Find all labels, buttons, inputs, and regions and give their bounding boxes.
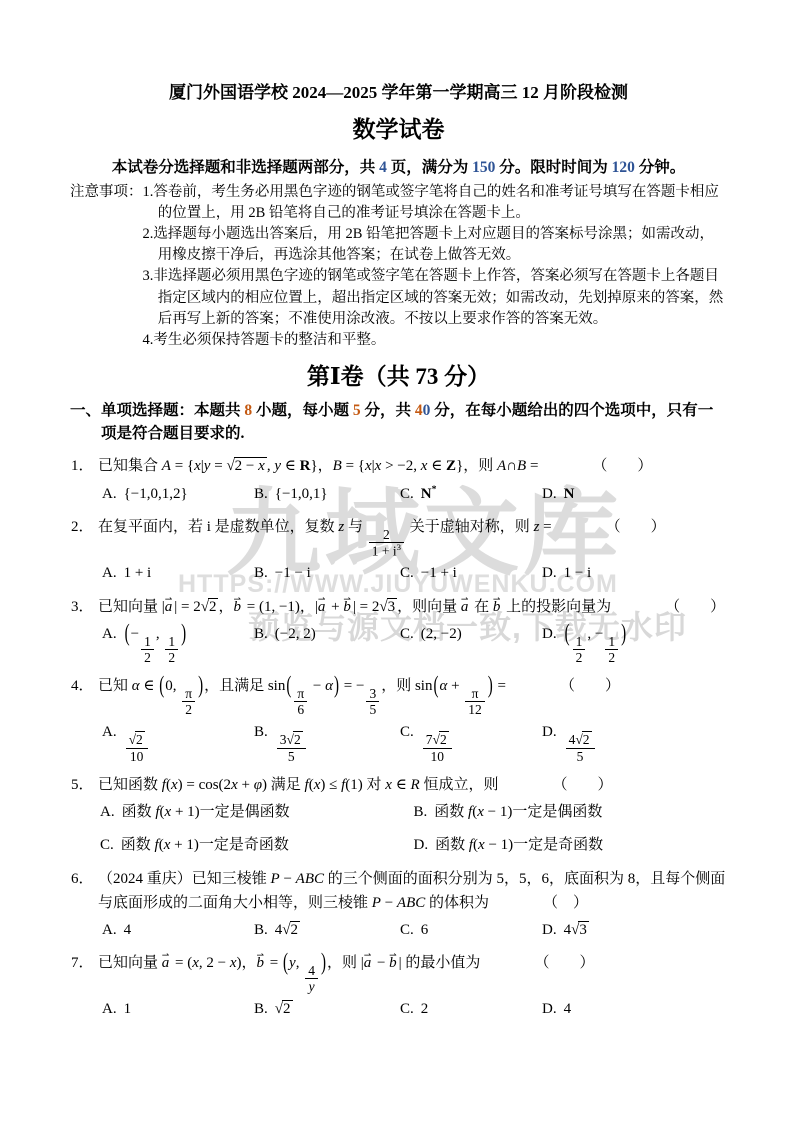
- vector-symbol: a: [461, 599, 469, 615]
- math-run: A: [497, 458, 506, 474]
- math-run: R: [411, 777, 420, 793]
- math-run: }，: [310, 458, 332, 474]
- math-run: 分钟。: [635, 159, 685, 176]
- math-run: −: [280, 871, 296, 887]
- option-value: (−2, 2): [275, 626, 316, 642]
- math-run: − 1)一定是奇函数: [485, 837, 603, 853]
- math-run: 函数: [121, 837, 155, 853]
- option-label: B.: [254, 565, 268, 581]
- math-run: (−2, 2): [275, 626, 316, 642]
- paper-title: 数学试卷: [70, 116, 727, 144]
- question: 7． 已知向量 a = (x, 2 − x)，b = (y, 4y)，则 |a …: [70, 951, 727, 1021]
- big-fence: (: [125, 615, 130, 654]
- option: D.4√25: [542, 720, 727, 763]
- math-fraction: 12: [605, 634, 618, 665]
- fraction-numerator: 1: [605, 634, 618, 650]
- question-stem: 已知集合 A = {x|y = √2 − x, y ∈ R}，B = {x|x …: [98, 458, 652, 474]
- math-run: 2: [136, 732, 143, 747]
- math-run: +: [238, 777, 254, 793]
- math-run: （ ）: [534, 955, 594, 971]
- math-run: , −: [587, 626, 603, 642]
- option: C.7√210: [400, 720, 542, 763]
- math-run: −: [381, 895, 397, 911]
- math-run: =: [266, 955, 282, 971]
- math-run: −1 − i: [275, 565, 311, 581]
- math-run: > −2,: [381, 458, 420, 474]
- math-run: =: [210, 458, 226, 474]
- fraction-numerator: π: [465, 686, 485, 702]
- option: D.4√3: [542, 918, 727, 942]
- option-label: B.: [254, 626, 268, 642]
- section-title: 第Ⅰ卷（共 73 分）: [70, 363, 727, 392]
- question-number: 2．: [71, 515, 94, 539]
- math-run: 在复平面内，若 i 是虚数单位，复数: [98, 519, 338, 535]
- question-number: 5．: [71, 773, 94, 797]
- option-label: A.: [102, 626, 117, 642]
- question: 3． 已知向量 |a| = 2√2，b = (1, −1)，|a + b| = …: [70, 595, 727, 665]
- fraction-denominator: 5: [366, 702, 379, 717]
- math-run: 2 −: [235, 458, 258, 474]
- option-label: B.: [254, 1001, 268, 1017]
- option: B.函数 f(x − 1)一定是偶函数: [414, 800, 728, 824]
- math-run: π: [472, 686, 479, 701]
- question: 2． 在复平面内，若 i 是虚数单位，复数 z 与 21 + i3 关于虚轴对称…: [70, 515, 727, 586]
- option-label: D.: [414, 837, 429, 853]
- math-fraction: 12: [573, 634, 586, 665]
- fraction-denominator: 1 + i3: [369, 543, 404, 559]
- vector-symbol: b: [257, 955, 265, 971]
- option: A.√210: [102, 720, 254, 763]
- math-run: ) = cos(2: [178, 777, 231, 793]
- option: B.{−1,0,1}: [254, 482, 400, 506]
- fraction-numerator: 1: [573, 634, 586, 650]
- math-run: 1 + i: [372, 543, 397, 558]
- math-run: 2: [421, 1001, 429, 1017]
- math-run: R: [300, 458, 311, 474]
- question: 6． （2024 重庆）已知三棱锥 P − ABC 的三个侧面的面积分别为 5，…: [70, 867, 727, 943]
- math-run: 已知集合: [98, 458, 162, 474]
- question-number: 7．: [71, 951, 94, 975]
- option: B.4√2: [254, 918, 400, 942]
- option: D.4: [542, 997, 727, 1021]
- fraction-numerator: 1: [141, 634, 154, 650]
- math-run: 分。限时时间为: [495, 159, 611, 176]
- math-run: +: [447, 678, 463, 694]
- math-run: （ ）: [592, 458, 652, 474]
- fraction-denominator: 5: [566, 749, 595, 764]
- math-run: y: [289, 955, 296, 971]
- fraction-numerator: 3√2: [277, 731, 306, 749]
- fraction-denominator: 10: [423, 749, 452, 764]
- math-run: 3: [397, 542, 401, 552]
- option: A.4: [102, 918, 254, 942]
- math-run: 4: [124, 922, 132, 938]
- note-item: 2.选择题每小题选出答案后，用 2B 铅笔把答题卡上对应题目的答案标号涂黑；如需…: [143, 224, 728, 266]
- math-run: ABC: [397, 895, 425, 911]
- math-run: 150: [472, 159, 495, 176]
- option-label: C.: [400, 1001, 414, 1017]
- radicand: 2: [135, 731, 145, 748]
- math-run: 2: [294, 732, 301, 747]
- math-sqrt: √2 − x: [226, 458, 266, 474]
- option-value: 4: [564, 1001, 572, 1017]
- math-run: x: [230, 955, 237, 971]
- math-run: 上的投影向量为: [502, 599, 611, 615]
- paper-subtitle: 本试卷分选择题和非选择题两部分，共 4 页，满分为 150 分。限时时间为 12…: [70, 155, 727, 177]
- math-run: | 的最小值为: [399, 955, 481, 971]
- question-options: A.{−1,0,1,2}B.{−1,0,1}C.N*D.N: [98, 482, 727, 506]
- math-run: P: [271, 871, 280, 887]
- math-run: ∈: [427, 458, 446, 474]
- question-number: 6．: [71, 867, 94, 891]
- math-run: x: [231, 777, 238, 793]
- option-label: C.: [100, 837, 114, 853]
- option-label: B.: [414, 804, 428, 820]
- radical-sign: √: [275, 1001, 282, 1017]
- math-run: 2: [608, 650, 615, 665]
- math-run: 分，共: [361, 402, 415, 419]
- math-fraction: π12: [465, 686, 485, 717]
- fraction-denominator: 6: [294, 702, 307, 717]
- math-run: (1) 对: [345, 777, 385, 793]
- option-value: 4√25: [564, 724, 597, 740]
- fraction-numerator: π: [294, 686, 307, 702]
- math-run: = −: [340, 678, 364, 694]
- option-label: A.: [102, 486, 117, 502]
- fraction-numerator: 3: [366, 686, 379, 702]
- note-item: 4.考生必须保持答题卡的整洁和平整。: [143, 330, 728, 351]
- math-run: *: [432, 484, 437, 495]
- option-label: D.: [542, 626, 557, 642]
- math-run: (2, −2): [421, 626, 462, 642]
- math-run: α: [325, 678, 333, 694]
- option: C.(2, −2): [400, 622, 542, 665]
- option-label: B.: [254, 922, 268, 938]
- fraction-denominator: 5: [277, 749, 306, 764]
- math-fraction: π2: [182, 686, 195, 717]
- math-run: | = 2: [174, 599, 200, 615]
- math-fraction: 12: [165, 634, 178, 665]
- math-run: 2: [440, 732, 447, 747]
- big-fence: ): [181, 615, 186, 654]
- math-run: 1: [168, 634, 175, 649]
- math-run: B: [333, 458, 342, 474]
- math-run: ) 满足: [262, 777, 305, 793]
- option-value: 4√2: [275, 922, 300, 938]
- option-label: A.: [102, 922, 117, 938]
- math-run: 函数: [434, 804, 468, 820]
- radical-sign: √: [226, 458, 233, 474]
- radical-sign: √: [571, 922, 578, 938]
- radical-sign: √: [282, 922, 289, 938]
- option-value: √210: [124, 724, 150, 740]
- fraction-denominator: 12: [465, 702, 485, 717]
- option: B.(−2, 2): [254, 622, 400, 665]
- option-value: (12, −12): [564, 626, 627, 642]
- math-run: B: [517, 458, 526, 474]
- math-run: | = 2: [353, 599, 379, 615]
- math-run: φ: [254, 777, 262, 793]
- math-sqrt: √3: [571, 922, 589, 938]
- page-content: 厦门外国语学校 2024—2025 学年第一学期高三 12 月阶段检测 数学试卷…: [0, 0, 793, 1022]
- option-value: (2, −2): [421, 626, 462, 642]
- math-fraction: 21 + i3: [369, 527, 404, 559]
- math-run: 恒成立，则: [420, 777, 499, 793]
- math-run: 5: [577, 749, 584, 764]
- math-run: ，则 |: [327, 955, 364, 971]
- fraction-denominator: y: [305, 979, 318, 994]
- option: A.1: [102, 997, 254, 1021]
- vector-symbol: a: [162, 955, 170, 971]
- question-options: A.函数 f(x + 1)一定是偶函数B.函数 f(x − 1)一定是偶函数C.…: [98, 800, 727, 858]
- vector-symbol: a: [364, 955, 372, 971]
- math-run: 4: [564, 1001, 572, 1017]
- option-label: D.: [542, 1001, 557, 1017]
- fraction-numerator: √2: [126, 731, 148, 749]
- option-value: 1: [124, 1001, 132, 1017]
- math-run: − 1)一定是偶函数: [484, 804, 602, 820]
- big-fence: ): [321, 944, 326, 983]
- math-run: 1: [608, 634, 615, 649]
- math-run: 2: [144, 650, 151, 665]
- vector-symbol: b: [343, 599, 351, 615]
- option-label: A.: [102, 1001, 117, 1017]
- fraction-denominator: 2: [182, 702, 195, 717]
- math-run: （ ）: [665, 599, 725, 615]
- big-fence: (: [433, 667, 438, 706]
- radicand: 2: [582, 731, 592, 748]
- option-label: D.: [542, 486, 557, 502]
- math-run: ∩: [506, 458, 517, 474]
- math-run: {−1,0,1}: [275, 486, 328, 502]
- radicand: 3: [387, 598, 398, 616]
- option-value: 函数 f(x + 1)一定是奇函数: [121, 837, 289, 853]
- option-label: A.: [102, 565, 117, 581]
- notes-items: 1.答卷前，考生务必用黑色字迹的钢笔或签字笔将自己的姓名和准考证号填写在答题卡相…: [143, 182, 728, 351]
- option-value: 函数 f(x − 1)一定是奇函数: [435, 837, 603, 853]
- option: C.函数 f(x + 1)一定是奇函数: [100, 833, 414, 857]
- note-item: 3.非选择题必须用黑色字迹的钢笔或签字笔在答题卡上作答，答案必须写在答题卡上各题…: [143, 266, 728, 329]
- math-run: 2: [283, 1001, 291, 1017]
- math-run: 8: [244, 402, 252, 419]
- vector-symbol: b: [389, 955, 397, 971]
- math-run: ∈: [392, 777, 411, 793]
- fraction-numerator: π: [182, 686, 195, 702]
- option-label: C.: [400, 724, 414, 740]
- option: D.N: [542, 482, 727, 506]
- math-run: ABC: [296, 871, 324, 887]
- math-run: 5: [369, 702, 376, 717]
- option-label: A.: [102, 724, 117, 740]
- math-run: +: [327, 599, 343, 615]
- math-run: ，且满足 sin: [204, 678, 285, 694]
- math-fraction: 35: [366, 686, 379, 717]
- option-label: D.: [542, 724, 557, 740]
- math-run: = {: [171, 458, 194, 474]
- math-run: 已知: [98, 678, 132, 694]
- math-run: ) ≤: [320, 777, 341, 793]
- option-label: B.: [254, 724, 268, 740]
- math-run: 关于虚轴对称，则: [406, 519, 534, 535]
- math-sqrt: √2: [287, 732, 303, 747]
- math-run: x: [385, 777, 392, 793]
- question-options: A.(−12, 12)B.(−2, 2)C.(2, −2)D.(12, −12): [98, 622, 727, 665]
- math-run: 1: [124, 1001, 132, 1017]
- math-run: 的体积为: [425, 895, 489, 911]
- option: B.−1 − i: [254, 561, 400, 585]
- option-value: {−1,0,1,2}: [124, 486, 188, 502]
- math-run: + 1)一定是偶函数: [171, 804, 289, 820]
- big-fence: (: [286, 667, 291, 706]
- math-run: 函数: [435, 837, 469, 853]
- math-run: =: [539, 519, 551, 535]
- radical-sign: √: [201, 599, 208, 615]
- math-run: 4: [379, 159, 387, 176]
- math-run: 12: [468, 702, 482, 717]
- big-fence: (: [159, 667, 164, 706]
- vector-symbol: a: [165, 599, 173, 615]
- math-run: 120: [612, 159, 635, 176]
- math-run: = (: [171, 955, 192, 971]
- vector-symbol: b: [493, 599, 501, 615]
- option: D.函数 f(x − 1)一定是奇函数: [414, 833, 728, 857]
- math-run: Z: [446, 458, 456, 474]
- question-stem: 已知向量 |a| = 2√2，b = (1, −1)，|a + b| = 2√3…: [98, 599, 725, 615]
- math-run: −: [309, 678, 325, 694]
- math-run: （ ）: [606, 519, 666, 535]
- option-value: N: [564, 486, 575, 502]
- fraction-numerator: 4√2: [566, 731, 595, 749]
- math-run: 1 + i: [124, 565, 152, 581]
- math-fraction: 12: [141, 634, 154, 665]
- math-fraction: 4√25: [566, 731, 595, 764]
- option: D.(12, −12): [542, 622, 727, 665]
- big-fence: (: [565, 615, 570, 654]
- math-run: 2: [168, 650, 175, 665]
- option: D.1 − i: [542, 561, 727, 585]
- option-value: 7√210: [421, 724, 454, 740]
- math-run: N: [564, 486, 575, 502]
- math-run: 1: [576, 634, 583, 649]
- math-run: x: [258, 458, 265, 474]
- math-run: x: [365, 458, 372, 474]
- math-run: }，则: [456, 458, 497, 474]
- math-run: π: [297, 686, 304, 701]
- option-value: 1 + i: [124, 565, 152, 581]
- math-fraction: 4y: [305, 963, 318, 994]
- math-fraction: 7√210: [423, 731, 452, 764]
- question: 1． 已知集合 A = {x|y = √2 − x, y ∈ R}，B = {x…: [70, 454, 727, 506]
- math-sqrt: √2: [282, 922, 300, 938]
- math-run: ∈: [140, 678, 159, 694]
- math-run: 3: [579, 922, 587, 938]
- option: A.函数 f(x + 1)一定是偶函数: [100, 800, 414, 824]
- math-run: , 2 −: [199, 955, 230, 971]
- math-run: x: [171, 777, 178, 793]
- math-run: 10: [130, 749, 144, 764]
- question-stem: 已知向量 a = (x, 2 − x)，b = (y, 4y)，则 |a − b…: [98, 955, 594, 971]
- option: B.3√25: [254, 720, 400, 763]
- option-value: 2: [421, 1001, 429, 1017]
- option-label: D.: [542, 922, 557, 938]
- math-run: 本试卷分选择题和非选择题两部分，共: [112, 159, 379, 176]
- vector-symbol: b: [233, 599, 241, 615]
- option: C.−1 + i: [400, 561, 542, 585]
- math-sqrt: √2: [275, 1001, 293, 1017]
- math-run: 2: [291, 922, 299, 938]
- option-value: 6: [421, 922, 429, 938]
- math-run: α: [132, 678, 140, 694]
- radicand: 2 − x: [234, 457, 267, 475]
- question-options: A.1 + iB.−1 − iC.−1 + iD.1 − i: [98, 561, 727, 585]
- fraction-denominator: 2: [573, 650, 586, 665]
- option-value: (−12, 12): [124, 626, 187, 642]
- math-run: N: [421, 486, 432, 502]
- option: C.6: [400, 918, 542, 942]
- fraction-numerator: 2: [369, 527, 404, 543]
- math-run: = {: [342, 458, 365, 474]
- option-label: B.: [254, 486, 268, 502]
- option: C.2: [400, 997, 542, 1021]
- option-value: 3√25: [275, 724, 308, 740]
- math-run: 3: [280, 732, 287, 747]
- math-run: 0,: [165, 678, 180, 694]
- math-fraction: π6: [294, 686, 307, 717]
- math-run: 1 − i: [564, 565, 592, 581]
- math-run: x: [478, 837, 485, 853]
- questions: 1． 已知集合 A = {x|y = √2 − x, y ∈ R}，B = {x…: [70, 454, 727, 1021]
- option: B.√2: [254, 997, 400, 1021]
- option-label: C.: [400, 922, 414, 938]
- big-fence: ): [198, 667, 203, 706]
- math-run: （ ）: [543, 895, 588, 911]
- math-run: ，则 sin: [381, 678, 432, 694]
- math-run: 4: [564, 922, 572, 938]
- exam-notes: 注意事项： 1.答卷前，考生务必用黑色字迹的钢笔或签字笔将自己的姓名和准考证号填…: [70, 182, 727, 351]
- note-item: 1.答卷前，考生务必用黑色字迹的钢笔或签字笔将自己的姓名和准考证号填写在答题卡相…: [143, 182, 728, 224]
- math-run: 已知向量: [98, 955, 162, 971]
- option-value: 1 − i: [564, 565, 592, 581]
- math-run: y: [274, 458, 281, 474]
- math-sqrt: √2: [575, 732, 591, 747]
- fraction-numerator: 1: [165, 634, 178, 650]
- option-value: 4√3: [564, 922, 589, 938]
- big-fence: ): [488, 667, 493, 706]
- option-value: {−1,0,1}: [275, 486, 328, 502]
- fraction-denominator: 2: [165, 650, 178, 665]
- fraction-denominator: 10: [126, 749, 148, 764]
- math-sqrt: √2: [201, 599, 219, 615]
- math-run: （ ）: [552, 777, 612, 793]
- math-run: 3: [388, 599, 396, 615]
- math-run: 已知函数: [98, 777, 162, 793]
- math-run: = (1, −1)，|: [243, 599, 318, 615]
- math-run: =: [494, 678, 506, 694]
- question: 5． 已知函数 f(x) = cos(2x + φ) 满足 f(x) ≤ f(1…: [70, 773, 727, 858]
- math-run: 1: [144, 634, 151, 649]
- question-options: A.1B.√2C.2D.4: [98, 997, 727, 1021]
- math-run: ，: [218, 599, 233, 615]
- math-run: 2: [576, 650, 583, 665]
- math-run: 页，满分为: [387, 159, 472, 176]
- math-run: 在: [470, 599, 493, 615]
- math-run: 2: [185, 702, 192, 717]
- math-run: x: [477, 804, 484, 820]
- question-number: 1．: [71, 454, 94, 478]
- question-options: A.√210B.3√25C.7√210D.4√25: [98, 720, 727, 763]
- math-run: )，: [237, 955, 257, 971]
- question-stem: （2024 重庆）已知三棱锥 P − ABC 的三个侧面的面积分别为 5，5，6…: [98, 871, 725, 911]
